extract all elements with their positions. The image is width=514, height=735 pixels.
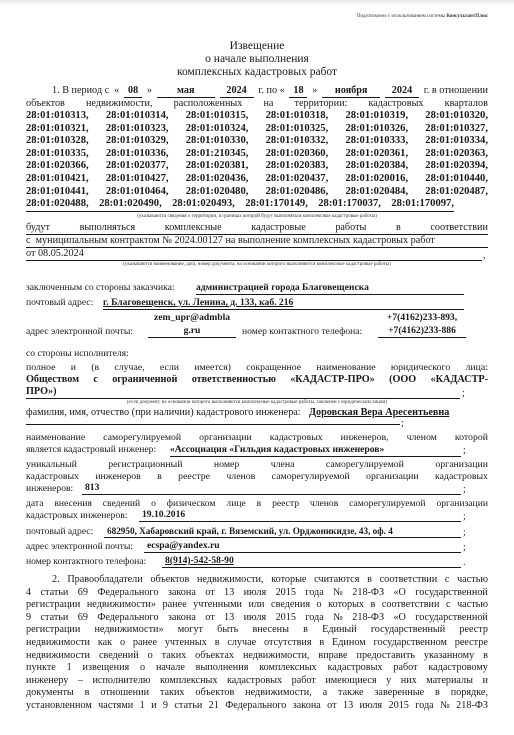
paragraph-line: 4статьи69Федеральногозаконаот13июля2015г… [26,587,488,600]
customer-email-label: адрес электронной почты: [26,326,133,338]
cadastral-row: 28:01:010421,28:01:010427,28:01:020436,2… [26,173,488,185]
customer-value: администрацией города Благовещенска [196,282,464,295]
cadastral-number: 28:01:010332, [266,135,329,147]
customer-postal-label: почтовый адрес: [26,297,93,309]
cadastral-number: 28:01:010329, [106,135,169,147]
cadastral-number: 28:01:020384, [345,160,408,172]
cadastral-row: 28:01:010335,28:01:010336,28:01:210345,2… [26,148,488,160]
cadastral-number: 28:01:020016, [345,173,408,185]
cadastral-number: 28:01:020488, [26,198,89,210]
territory-underline [26,211,454,212]
cadastral-number: 28:01:010319, [345,110,408,122]
paragraph-line: недвижимостисведенийотакихобъектахнедвиж… [26,650,488,663]
cadastral-number: 28:01:010321, [26,123,89,135]
cadastral-number: 28:01:010440, [425,173,488,185]
cadastral-number: 28:01:010327, [425,123,488,135]
contractor-phone-value: 8(914)-542-58-90 [162,555,461,568]
end-month-field: ноября [322,85,380,98]
doc-subtitle-1: о начале выполнения [26,53,488,66]
cadastral-number: 28:01:010336, [106,148,169,160]
cadastral-number: 28:01:020363, [425,148,488,160]
cadastral-number: 28:01:020381, [186,160,249,172]
cadastral-number: 28:01:010333, [345,135,408,147]
contractor-email-label: адрес электронной почты: [26,541,133,553]
cadastral-number: 28:01:170097, [391,198,454,210]
cadastral-number: 28:01:020484, [345,186,408,198]
cadastral-number: 28:01:010421, [26,173,89,185]
cadastral-number: 28:01:020436, [186,173,249,185]
cadastral-number: 28:01:210345, [186,148,249,160]
customer-phone-line2: +7(4162)233-886 [378,325,466,338]
semicolon: ; [463,511,466,523]
period-tail: г. в отношении [424,85,488,97]
cadastral-number: 28:01:020490, [99,198,162,210]
cadastral-number: 28:01:010334, [425,135,488,147]
cadastral-number: 28:01:020437, [266,173,329,185]
paragraph-line: регистрациинедвижимости»могутбытьвнесены… [26,624,488,637]
customer-email-line1: zem_upr@admbla [148,312,236,324]
cadastral-number: 28:01:020480, [186,186,249,198]
quote-close: » [147,85,152,97]
cadastral-number: 28:01:170037, [318,198,381,210]
contractor-email-value: ecspa@yandex.ru [144,540,461,553]
cadastral-number: 28:01:020493, [172,198,235,210]
cadastral-number: 28:01:010323, [106,123,169,135]
cadastral-number: 28:01:010330, [186,135,249,147]
cadastral-number: 28:01:010335, [26,148,89,160]
reg-label-1: уникальныйрегистрационный номерчлена сам… [26,459,488,471]
reg-date-label-2: кадастровых инженеров: [26,510,127,522]
contractor-side-label: со стороны исполнителя: [26,348,129,360]
works-line: будутвыполняться комплексныекадастровые … [26,222,488,235]
paragraph-line: документывотношениитакихобъектовнедвижим… [26,687,488,700]
cadastral-row: 28:01:020488,28:01:020490,28:01:020493,2… [26,198,454,210]
legal-name-label: полноеи (вслучае, еслиимеется) сокращенн… [26,362,488,374]
cadastral-number: 28:01:010326, [345,123,408,135]
semicolon: ; [401,418,404,430]
customer-phone-line1: +7(4162)233-893, [378,312,466,324]
period-line: 1. В период с « 08 » мая 2024 г. по « 18… [52,85,488,98]
sro-label: наименованиесаморегулируемой организации… [26,432,488,444]
start-month-field: мая [157,85,215,98]
cadastral-number: 28:01:010318, [266,110,329,122]
period-mark: . [463,557,466,569]
doc-subtitle-2: комплексных кадастровых работ [26,66,488,79]
cadastral-row: 28:01:010328,28:01:010329,28:01:010330,2… [26,135,488,147]
paragraph-line: пункте1извещенияоначалевыполнениякомплек… [26,662,488,675]
customer-phone-label: номер контактного телефона: [242,326,362,338]
sro-label-line2: является кадастровый инженер: [26,444,156,456]
cadastral-number: 28:01:010464, [106,186,169,198]
paragraph-line: недвижимостикакоранееучтенныхвслучаеотсу… [26,637,488,650]
legal-name-value-line2: ПРО») [26,386,460,399]
end-day-field: 18 [289,85,307,98]
cadastral-number: 28:01:020486, [266,186,329,198]
to-label: г. по « [258,85,284,97]
cadastral-number: 28:01:170149, [245,198,308,210]
paragraph-line: 9статьи69Федеральногозаконаот13июля2015г… [26,612,488,625]
engineer-underline [26,424,400,425]
prepared-brand: КонсультантПлюс [446,14,488,19]
semicolon: ; [463,445,466,457]
cadastral-number: 28:01:010320, [425,110,488,122]
hint-document: (указываются наименование, дата, номер д… [26,262,488,267]
reg-date-value: 19.10.2016 [139,509,461,522]
cadastral-number: 28:01:010313, [26,110,89,122]
objects-line: объектовнедвижимости, расположенныхна те… [26,98,488,110]
paragraph-line: установленномчастями1и9статьи21Федеральн… [26,700,488,713]
legal-name-value: Обществомс ограниченнойответственностью … [26,374,488,386]
contractor-postal-value: 682950, Хабаровский край, г. Вяземский, … [104,525,461,538]
cadastral-number: 28:01:010441, [26,186,89,198]
engineer-value: Доровская Вера Аресентьевна [309,407,449,419]
consultant-plus-note: Подготовлено с использованием системы Ко… [357,14,488,19]
sro-value: «Ассоциация «Гильдия кадастровых инженер… [170,444,461,457]
reg-number-value: 813 [82,482,461,495]
cadastral-number: 28:01:010325, [266,123,329,135]
semicolon: ; [463,542,466,554]
customer-email-line2: g.ru [148,325,236,338]
paragraph-line: инженеру–исполнителюкомплексныхкадастров… [26,675,488,688]
cadastral-number: 28:01:020377, [106,160,169,172]
cadastral-number: 28:01:010324, [186,123,249,135]
hint-territory: (указываются сведения о территории, в гр… [26,214,488,219]
cadastral-number: 28:01:010427, [106,173,169,185]
cadastral-number: 28:01:010314, [106,110,169,122]
customer-label: заключенным со стороны заказчика: [26,282,175,294]
start-year-field: 2024 [220,85,254,98]
comma: , [483,250,486,262]
contract-date: от 08.05.2024 [26,248,482,261]
contractor-phone-label: номер контактного телефона: [26,556,146,568]
paragraph-line: 2.Правообладателиобъектовнедвижимости,ко… [26,574,488,587]
cadastral-row: 28:01:010441,28:01:010464,28:01:020480,2… [26,186,488,198]
section-2-paragraph: 2.Правообладателиобъектовнедвижимости,ко… [26,574,488,713]
cadastral-row: 28:01:010321,28:01:010323,28:01:010324,2… [26,123,488,135]
cadastral-number: 28:01:020487, [425,186,488,198]
cadastral-row: 28:01:020366,28:01:020377,28:01:020381,2… [26,160,488,172]
viewer-top-shadow [0,0,514,6]
paragraph-line: регистрациинедвижимости»ранееучтеннымиил… [26,599,488,612]
reg-label-3: инженеров: [26,483,73,495]
doc-title: Извещение [26,40,488,53]
semicolon: ; [463,484,466,496]
prepared-prefix: Подготовлено с использованием системы [357,14,445,19]
cadastral-number: 28:01:020366, [26,160,89,172]
cadastral-row: 28:01:010313,28:01:010314,28:01:010315,2… [26,110,488,122]
period-lead: 1. В период с « [52,85,119,97]
hint-legal: (если документ, на основании которого вы… [26,400,488,405]
cadastral-number: 28:01:010328, [26,135,89,147]
quote-close-2: » [312,85,317,97]
customer-postal-value: г. Благовещенск, ул. Ленина, д. 133, каб… [103,297,464,310]
engineer-label: фамилия, имя, отчество (при наличии) кад… [26,407,301,419]
end-year-field: 2024 [385,85,419,98]
cadastral-number: 28:01:020361, [345,148,408,160]
contract-line: с муниципальным контрактом № 2024.00127 … [26,235,488,248]
cadastral-number: 28:01:020394, [425,160,488,172]
semicolon: ; [462,388,465,400]
contractor-postal-label: почтовый адрес: [26,526,93,538]
semicolon: ; [463,527,466,539]
cadastral-number: 28:01:010315, [186,110,249,122]
cadastral-number: 28:01:020383, [266,160,329,172]
start-day-field: 08 [124,85,142,98]
cadastral-number: 28:01:020360, [266,148,329,160]
